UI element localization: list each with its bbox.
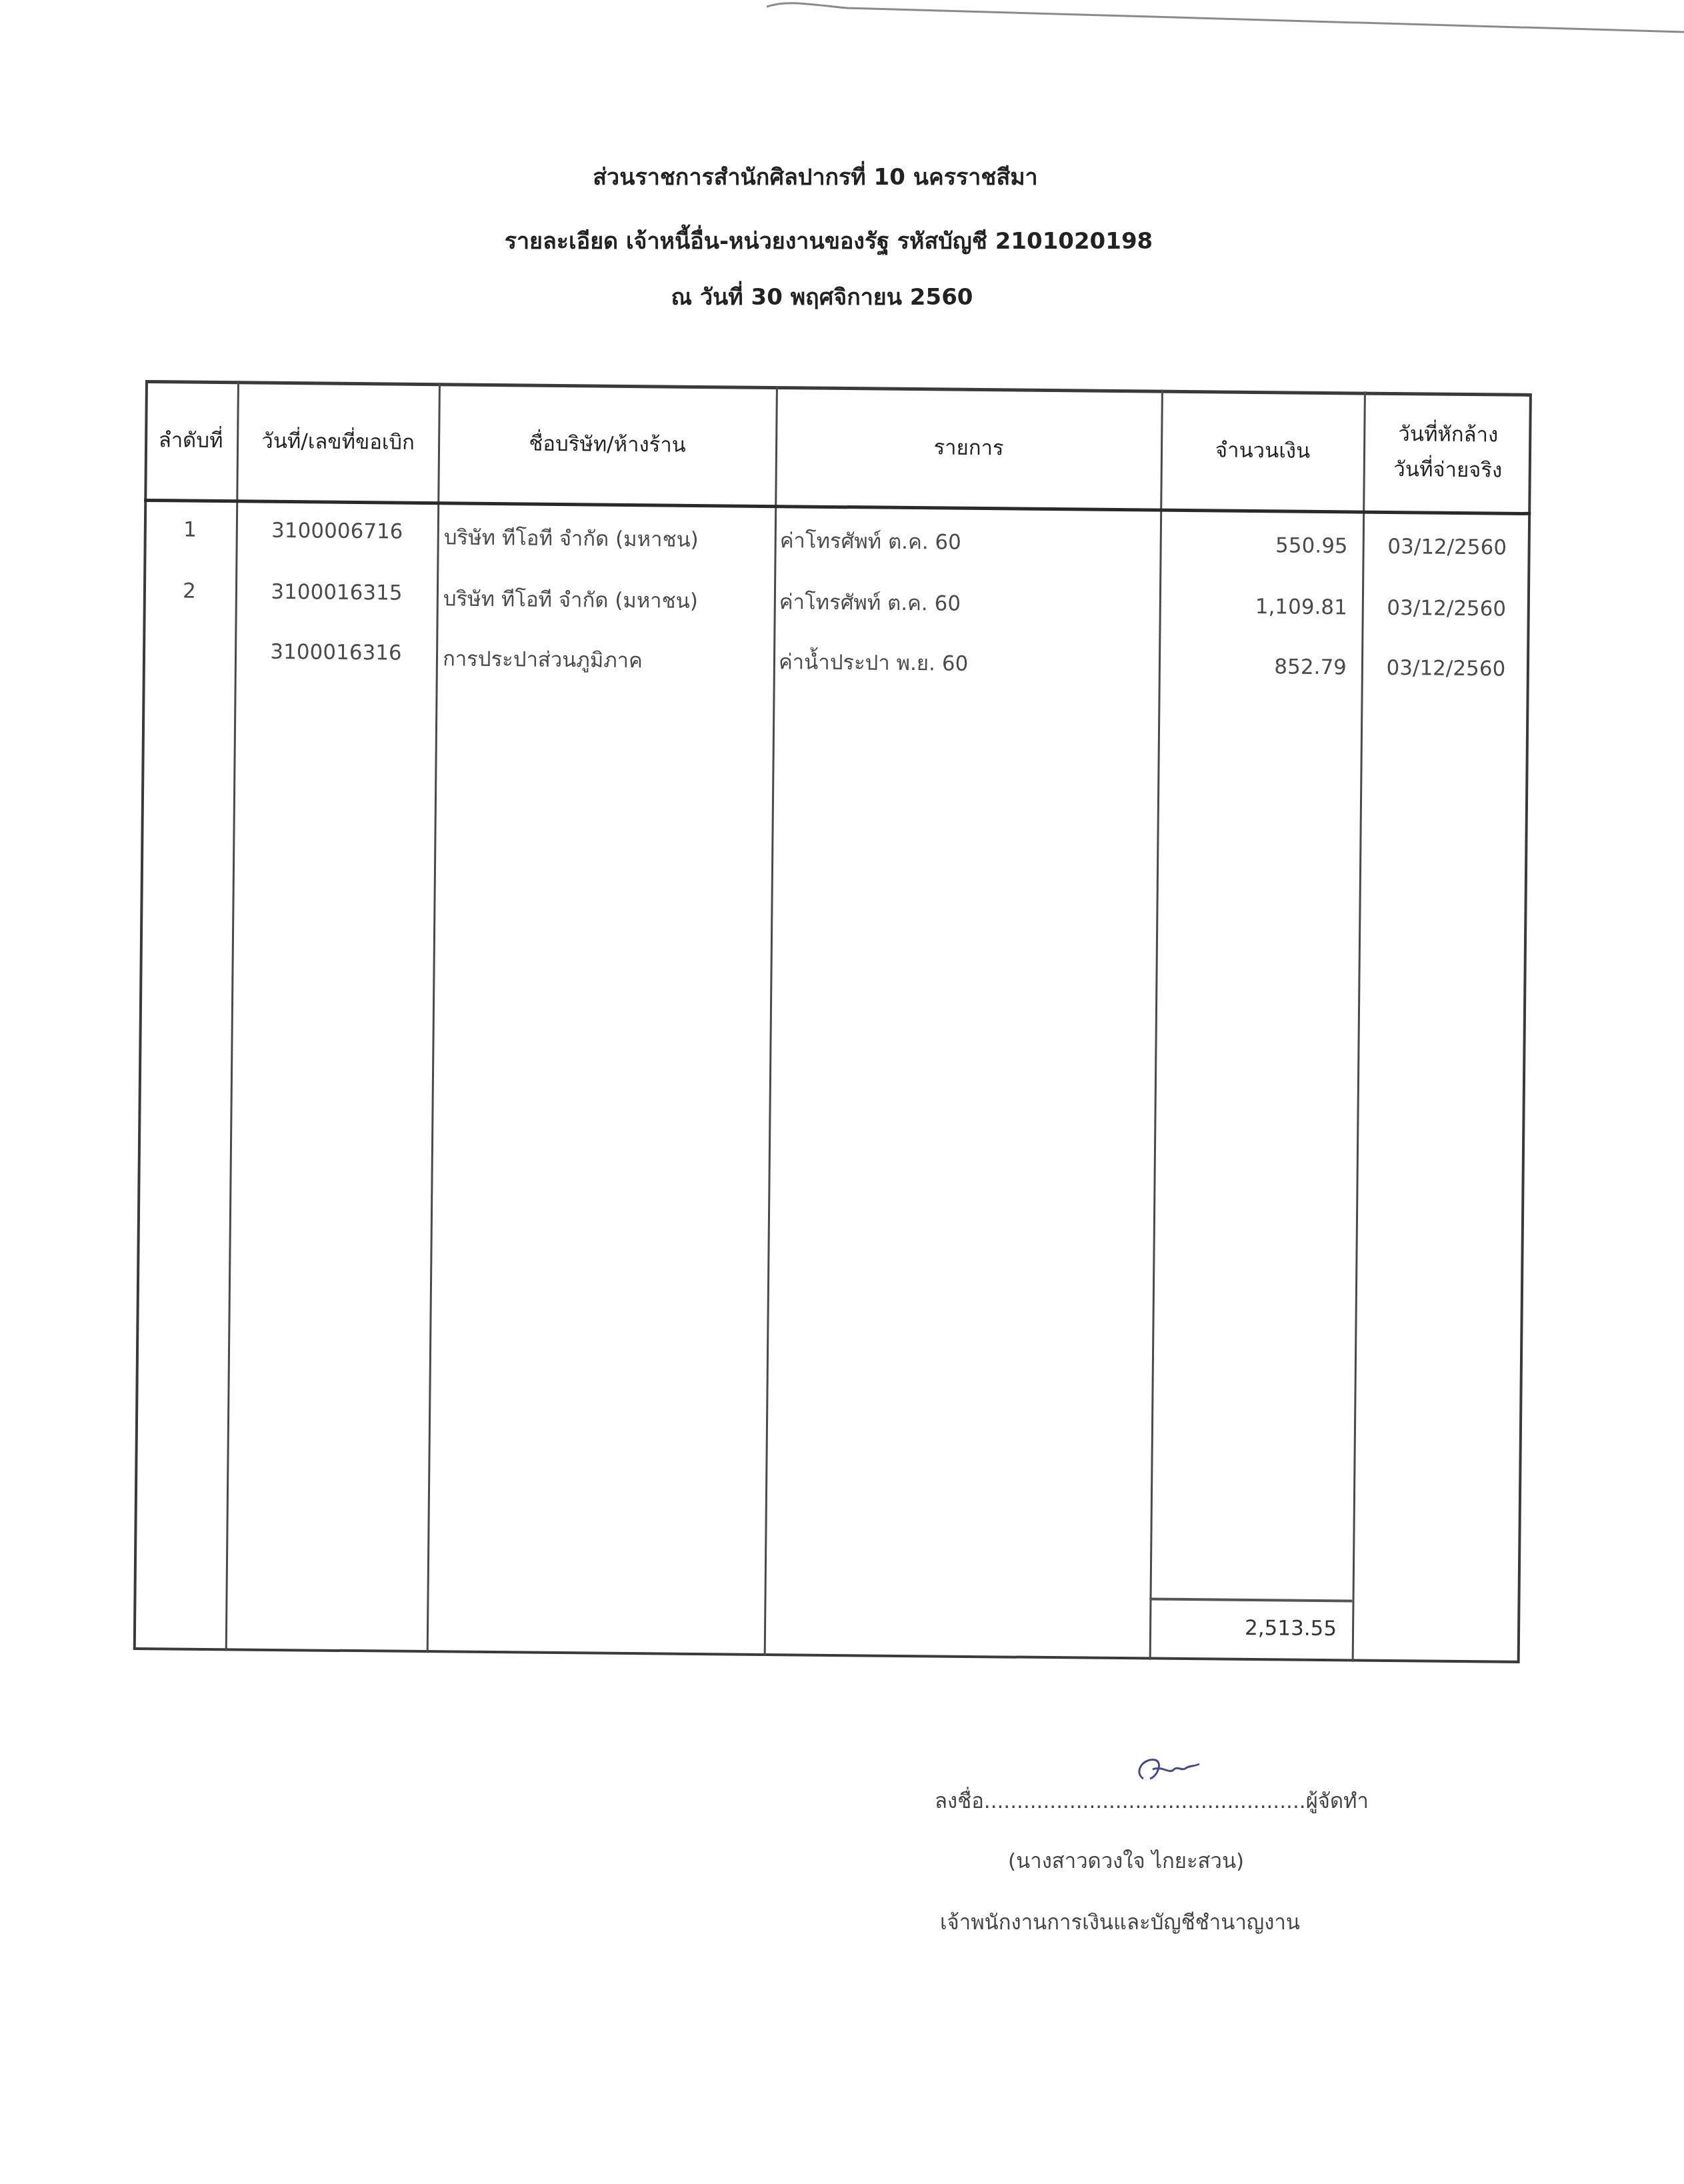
cell-vendor: การประปาส่วนภูมิภาค <box>443 641 776 678</box>
cell-no: 2 <box>143 579 235 603</box>
cell-item: ค่าน้ำประปา พ.ย. 60 <box>779 645 1152 681</box>
cell-amount: 550.95 <box>1161 533 1348 559</box>
column-header-item: รายการ <box>776 386 1161 510</box>
cell-doc-number: 3100006716 <box>237 518 437 544</box>
scan-edge-line <box>767 0 1684 40</box>
cell-date: 03/12/2560 <box>1363 596 1530 621</box>
cell-vendor: บริษัท ทีโอที จำกัด (มหาชน) <box>444 520 777 557</box>
total-amount: 2,513.55 <box>1153 1615 1337 1641</box>
column-header-date-line2: วันที่จ่ายจริง <box>1393 452 1502 488</box>
signatory-position: เจ้าพนักงานการเงินและบัญชีชำนาญงาน <box>940 1905 1300 1939</box>
column-header-doc: วันที่/เลขที่ขอเบิก <box>237 381 439 503</box>
column-header-amount: จำนวนเงิน <box>1161 390 1364 512</box>
column-header-no: ลำดับที่ <box>144 380 237 501</box>
column-header-date-line1: วันที่หักล้าง <box>1398 417 1498 453</box>
cell-item: ค่าโทรศัพท์ ต.ค. 60 <box>779 585 1153 621</box>
table-border <box>133 380 1532 1663</box>
document-title-agency: ส่วนราชการสำนักศิลปากรที่ 10 นครราชสีมา <box>0 159 1657 195</box>
signatory-name: (นางสาวดวงใจ ไกยะสวน) <box>1008 1844 1244 1877</box>
cell-amount: 1,109.81 <box>1161 594 1347 620</box>
cell-no: 1 <box>144 517 236 542</box>
column-header-vendor: ชื่อบริษัท/ห้างร้าน <box>439 383 776 506</box>
cell-vendor: บริษัท ทีโอที จำกัด (มหาชน) <box>443 581 777 618</box>
document-title-account: รายละเอียด เจ้าหนี้อื่น-หน่วยงานของรัฐ ร… <box>0 223 1671 259</box>
cell-date: 03/12/2560 <box>1364 535 1531 560</box>
document-title-date: ณ วันที่ 30 พฤศจิกายน 2560 <box>0 279 1664 315</box>
cell-date: 03/12/2560 <box>1363 656 1529 681</box>
signature-line: ลงชื่อ..................................… <box>935 1784 1369 1817</box>
creditor-table: ลำดับที่ วันที่/เลขที่ขอเบิก ชื่อบริษัท/… <box>133 380 1532 1663</box>
cell-doc-number: 3100016315 <box>237 579 437 605</box>
cell-amount: 852.79 <box>1160 654 1347 680</box>
cell-item: ค่าโทรศัพท์ ต.ค. 60 <box>779 523 1153 560</box>
cell-doc-number: 3100016316 <box>236 639 436 665</box>
column-header-date: วันที่หักล้าง วันที่จ่ายจริง <box>1364 392 1532 513</box>
